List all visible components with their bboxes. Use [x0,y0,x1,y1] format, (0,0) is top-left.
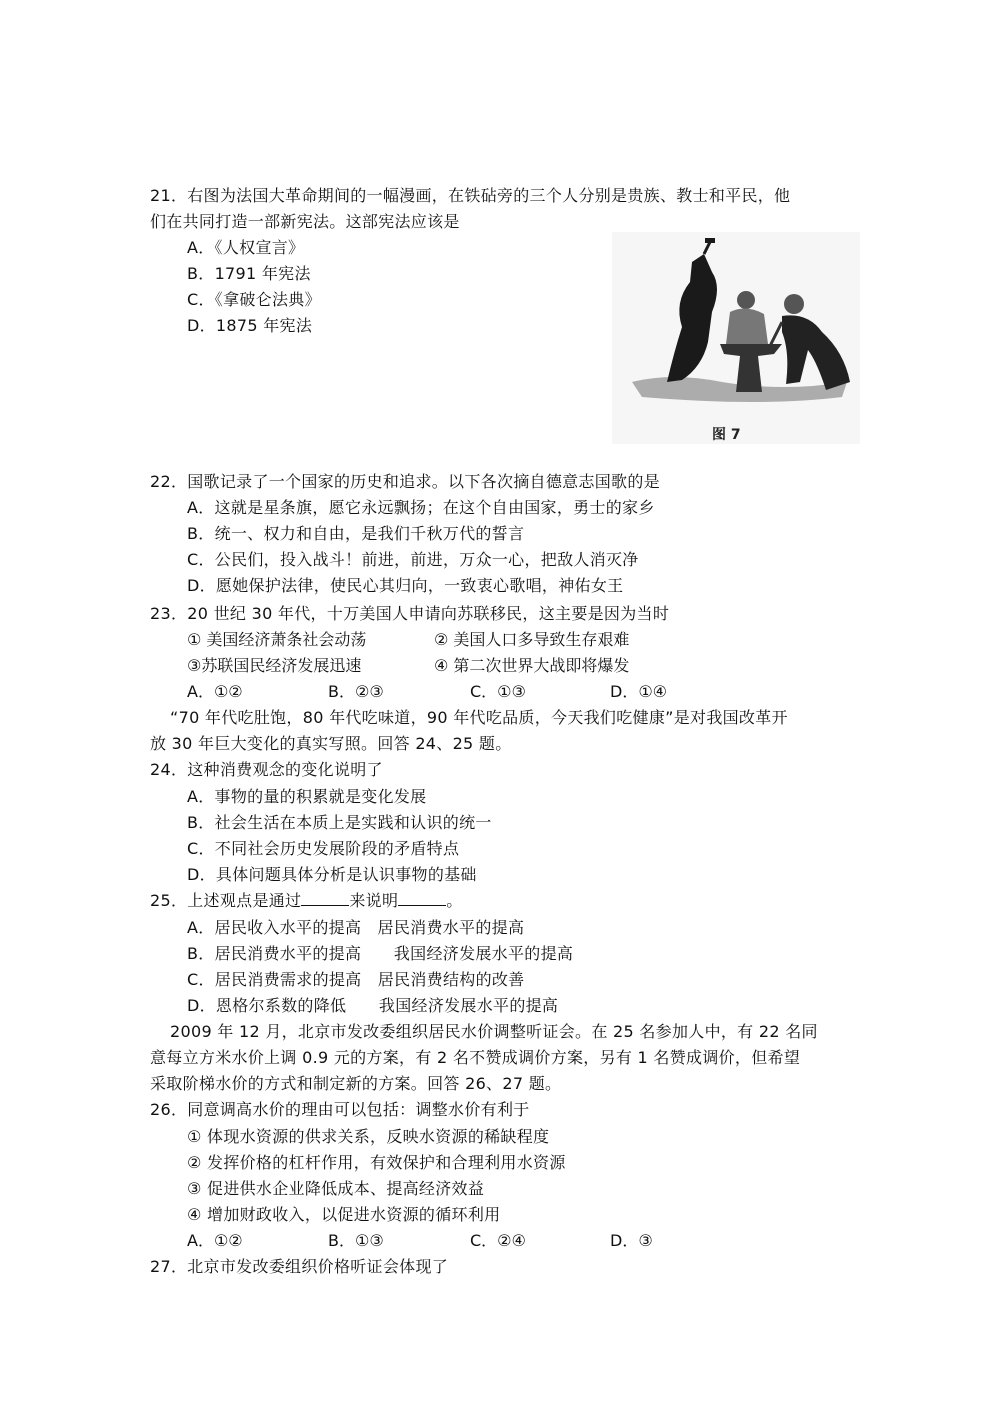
q26-stem: 26．同意调高水价的理由可以包括：调整水价有利于 [150,1100,530,1120]
q21-option-a: A．《人权宣言》 [187,238,304,258]
q21-option-c: C．《拿破仑法典》 [187,290,321,310]
q23-item-2: ② 美国人口多导致生存艰难 [434,630,629,650]
q26-option-a: A．①② [187,1231,243,1251]
q25-option-a: A．居民收入水平的提高 居民消费水平的提高 [187,918,524,938]
q22-option-a: A．这就是星条旗，愿它永远飘扬；在这个自由国家，勇士的家乡 [187,498,655,518]
q23-option-a: A．①② [187,682,243,702]
q26-item-1: ① 体现水资源的供求关系，反映水资源的稀缺程度 [187,1127,549,1147]
q25-option-c: C．居民消费需求的提高 居民消费结构的改善 [187,970,524,990]
q25-stem: 25．上述观点是通过来说明。 [150,891,463,911]
q23-option-b: B．②③ [328,682,384,702]
cartoon-image-icon [612,232,860,444]
q26-option-d: D．③ [610,1231,653,1251]
q26-option-c: C．②④ [470,1231,526,1251]
q23-item-1: ① 美国经济萧条社会动荡 [187,630,366,650]
passage2-line1: 2009 年 12 月，北京市发改委组织居民水价调整听证会。在 25 名参加人中… [170,1022,818,1042]
q25-option-d: D．恩格尔系数的降低 我国经济发展水平的提高 [187,996,558,1016]
q21-figure-caption: 图 7 [712,424,741,444]
q24-option-a: A．事物的量的积累就是变化发展 [187,787,426,807]
exam-page: 21．右图为法国大革命期间的一幅漫画，在铁砧旁的三个人分别是贵族、教士和平民，他… [0,0,1000,1415]
q26-item-3: ③ 促进供水企业降低成本、提高经济效益 [187,1179,484,1199]
q21-option-b: B．1791 年宪法 [187,264,311,284]
q25-stem-part3: 。 [446,891,462,910]
q27-stem: 27．北京市发改委组织价格听证会体现了 [150,1257,448,1277]
q26-item-2: ② 发挥价格的杠杆作用，有效保护和合理利用水资源 [187,1153,566,1173]
passage2-line2: 意每立方米水价上调 0.9 元的方案，有 2 名不赞成调价方案，另有 1 名赞成… [150,1048,800,1068]
q23-option-c: C．①③ [470,682,526,702]
q21-option-d: D．1875 年宪法 [187,316,312,336]
q22-option-d: D．愿她保护法律，使民心其归向，一致衷心歌唱，神佑女王 [187,576,623,596]
q24-option-d: D．具体问题具体分析是认识事物的基础 [187,865,477,885]
passage1-line2: 放 30 年巨大变化的真实写照。回答 24、25 题。 [150,734,512,754]
q21-stem-line1: 21．右图为法国大革命期间的一幅漫画，在铁砧旁的三个人分别是贵族、教士和平民，他 [150,186,790,206]
q25-option-b: B．居民消费水平的提高 我国经济发展水平的提高 [187,944,573,964]
q22-option-b: B．统一、权力和自由，是我们千秋万代的誓言 [187,524,524,544]
q25-stem-part1: 25．上述观点是通过 [150,891,301,910]
q23-option-d: D．①④ [610,682,667,702]
q25-stem-part2: 来说明 [349,891,398,910]
q25-blank-1 [301,891,349,906]
q25-blank-2 [398,891,446,906]
q24-option-c: C．不同社会历史发展阶段的矛盾特点 [187,839,459,859]
q21-figure-cartoon [612,232,860,444]
passage1-line1: “70 年代吃肚饱，80 年代吃味道，90 年代吃品质，今天我们吃健康”是对我国… [170,708,788,728]
q23-item-4: ④ 第二次世界大战即将爆发 [434,656,629,676]
q24-option-b: B．社会生活在本质上是实践和认识的统一 [187,813,492,833]
q21-stem-line2: 们在共同打造一部新宪法。这部宪法应该是 [150,212,460,232]
q26-item-4: ④ 增加财政收入，以促进水资源的循环利用 [187,1205,500,1225]
q22-stem: 22．国歌记录了一个国家的历史和追求。以下各次摘自德意志国歌的是 [150,472,660,492]
q24-stem: 24．这种消费观念的变化说明了 [150,760,383,780]
q22-option-c: C．公民们，投入战斗！前进，前进，万众一心，把敌人消灭净 [187,550,639,570]
q23-stem: 23．20 世纪 30 年代，十万美国人申请向苏联移民，这主要是因为当时 [150,604,669,624]
q26-option-b: B．①③ [328,1231,384,1251]
q23-item-3: ③苏联国民经济发展迅速 [187,656,361,676]
passage2-line3: 采取阶梯水价的方式和制定新的方案。回答 26、27 题。 [150,1074,561,1094]
